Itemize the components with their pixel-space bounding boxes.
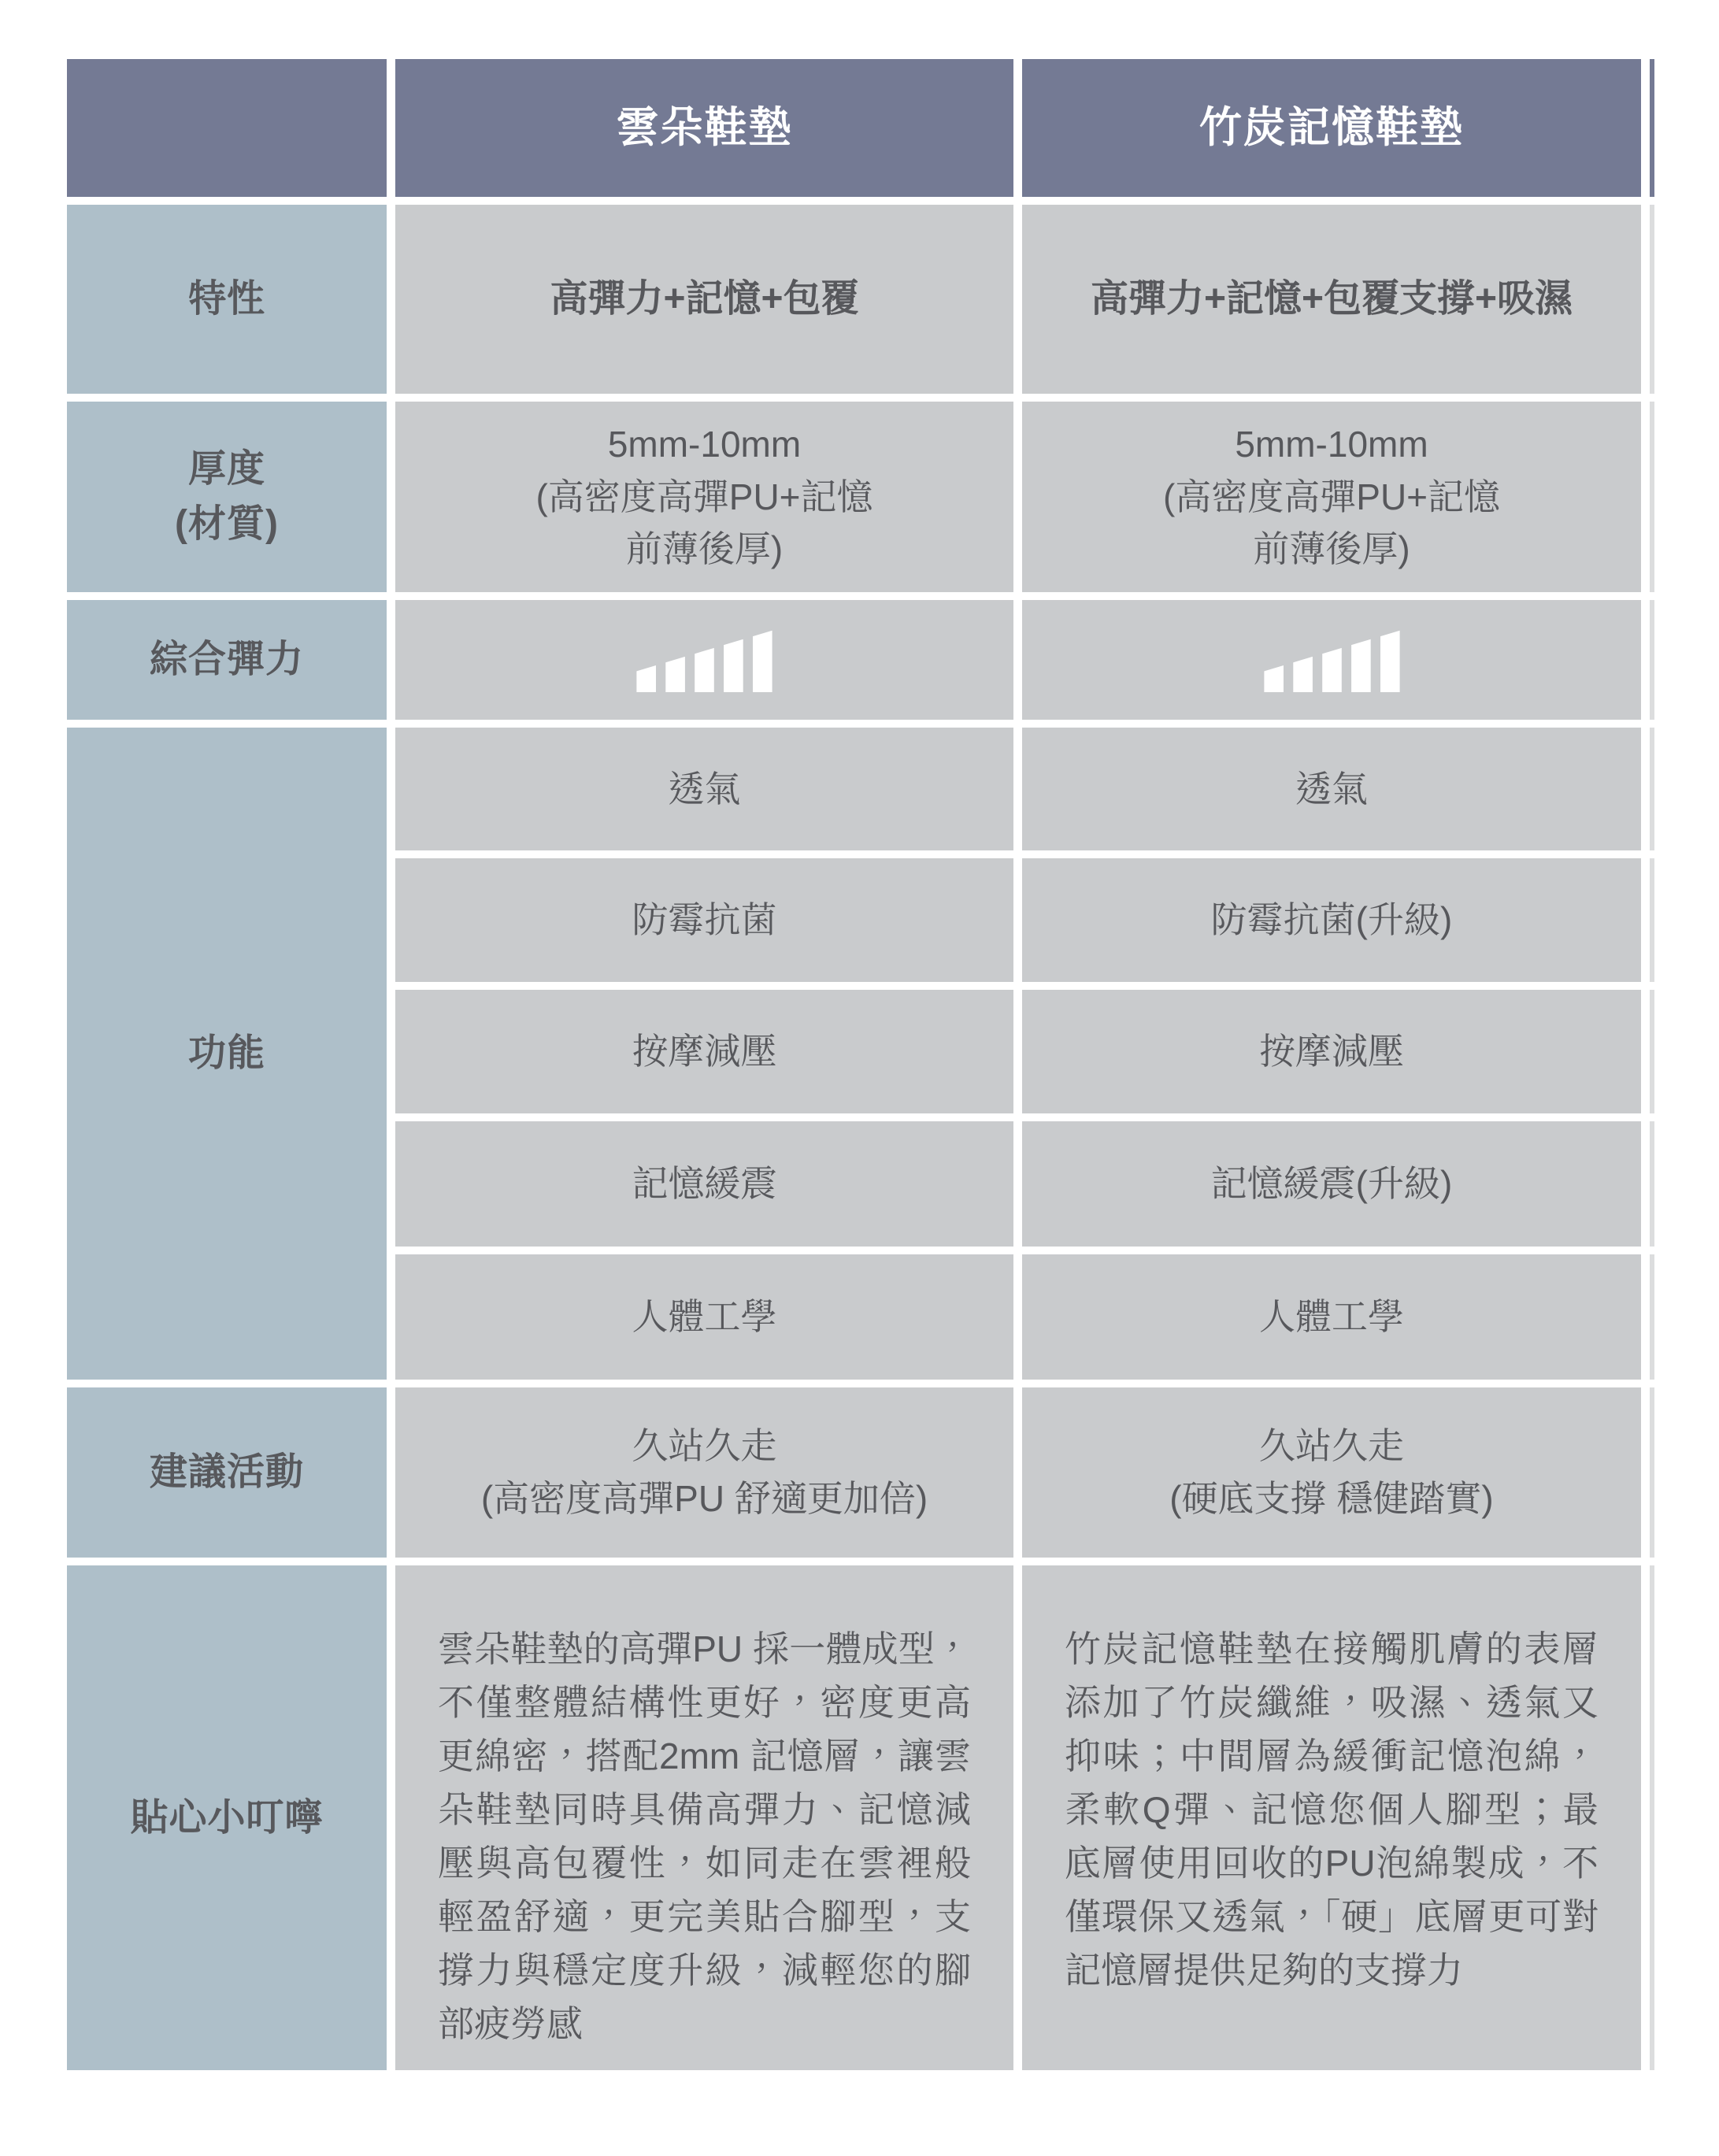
tips-paragraph-a: 雲朵鞋墊的高彈PU 採一體成型，不僅整體結構性更好，密度更高更綿密，搭配2mm … [395,1565,1013,2070]
thickness-a-line3: 前薄後厚) [626,523,783,576]
function-breathable-b: 透氣 [1022,728,1641,850]
thickness-value-b: 5mm-10mm (高密度高彈PU+記憶 前薄後厚) [1022,402,1641,592]
row-label-functions: 功能 [67,728,387,1380]
thickness-b-line1: 5mm-10mm [1235,418,1428,471]
activity-value-a: 久站久走 (高密度高彈PU 舒適更加倍) [395,1387,1013,1558]
thickness-a-line1: 5mm-10mm [608,418,801,471]
thickness-b-line3: 前薄後厚) [1253,523,1410,576]
table-edge-strip [1650,1254,1654,1380]
function-ergonomic-a: 人體工學 [395,1254,1013,1380]
row-label-activity: 建議活動 [67,1387,387,1558]
header-product-b: 竹炭記憶鞋墊 [1022,59,1641,197]
function-massage-a: 按摩減壓 [395,990,1013,1113]
table-edge-strip [1650,1565,1654,2070]
elasticity-value-a [395,600,1013,720]
row-label-thickness: 厚度 (材質) [67,402,387,592]
elasticity-bars-icon [632,628,777,692]
thickness-value-a: 5mm-10mm (高密度高彈PU+記憶 前薄後厚) [395,402,1013,592]
activity-a-line2: (高密度高彈PU 舒適更加倍) [481,1473,928,1525]
insole-comparison-table: 雲朵鞋墊 竹炭記憶鞋墊 特性 高彈力+記憶+包覆 高彈力+記憶+包覆支撐+吸濕 … [67,59,1654,2070]
table-edge-strip [1650,858,1654,982]
table-edge-strip [1650,990,1654,1113]
function-memory-cushion-b: 記憶緩震(升級) [1022,1121,1641,1247]
table-edge-strip [1650,728,1654,850]
function-antibacterial-a: 防霉抗菌 [395,858,1013,982]
header-corner-cell [67,59,387,197]
feature-value-b: 高彈力+記憶+包覆支撐+吸濕 [1022,205,1641,394]
function-memory-cushion-a: 記憶緩震 [395,1121,1013,1247]
activity-b-line1: 久站久走 [1259,1420,1404,1473]
function-ergonomic-b: 人體工學 [1022,1254,1641,1380]
activity-value-b: 久站久走 (硬底支撐 穩健踏實) [1022,1387,1641,1558]
table-edge-strip [1650,1387,1654,1558]
activity-b-line2: (硬底支撐 穩健踏實) [1169,1473,1493,1525]
elasticity-bars-icon [1259,628,1405,692]
function-massage-b: 按摩減壓 [1022,990,1641,1113]
table-edge-strip [1650,1121,1654,1247]
row-label-elasticity: 綜合彈力 [67,600,387,720]
feature-value-a: 高彈力+記憶+包覆 [395,205,1013,394]
thickness-a-line2: (高密度高彈PU+記憶 [535,471,872,524]
thickness-label-line1: 厚度 [188,442,265,497]
header-product-a: 雲朵鞋墊 [395,59,1013,197]
tips-paragraph-b: 竹炭記憶鞋墊在接觸肌膚的表層添加了竹炭纖維，吸濕、透氣又抑味；中間層為緩衝記憶泡… [1022,1565,1641,2070]
activity-a-line1: 久站久走 [632,1420,777,1473]
function-antibacterial-b: 防霉抗菌(升級) [1022,858,1641,982]
table-edge-strip [1650,600,1654,720]
thickness-b-line2: (高密度高彈PU+記憶 [1163,471,1500,524]
function-breathable-a: 透氣 [395,728,1013,850]
row-label-tips: 貼心小叮嚀 [67,1565,387,2070]
table-edge-strip [1650,205,1654,394]
row-label-feature: 特性 [67,205,387,394]
table-edge-strip [1650,402,1654,592]
thickness-label-line2: (材質) [175,497,279,552]
elasticity-value-b [1022,600,1641,720]
table-edge-strip [1650,59,1654,197]
